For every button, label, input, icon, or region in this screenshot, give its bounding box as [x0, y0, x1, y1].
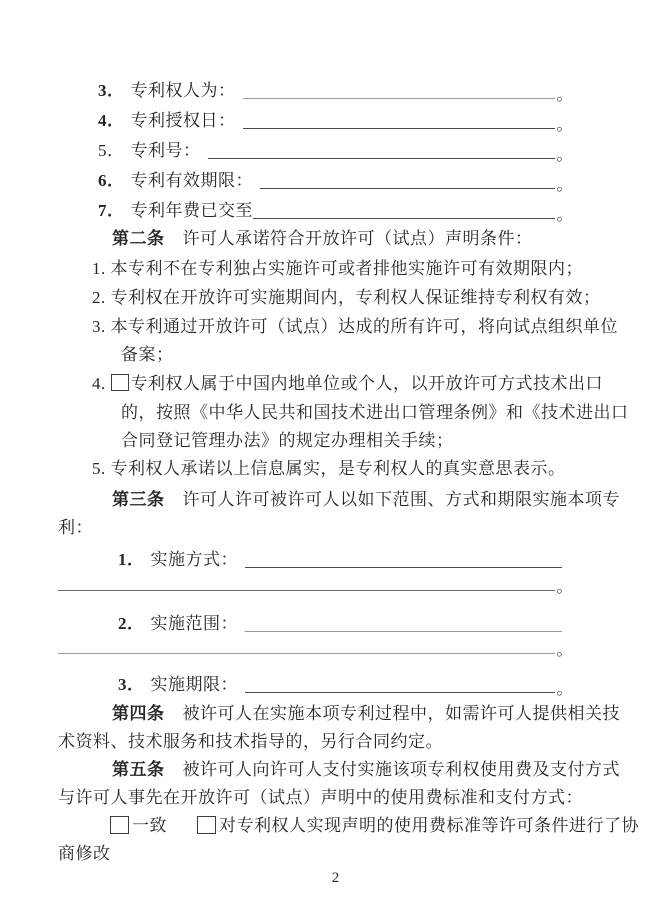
article4-text-line2: 术资料、技术服务和技术指导的，另行合同约定。	[58, 731, 443, 753]
field-row-validity-term: 6．专利有效期限：。	[98, 167, 573, 191]
item-number: 3．	[118, 675, 145, 695]
fee-modified-label-line2: 商修改	[58, 843, 111, 865]
item-number: 5．	[98, 141, 125, 161]
article2-item4-line1: 4. 专利权人属于中国内地单位或个人，以开放许可方式技术出口	[92, 373, 603, 395]
annual-fee-blank-field[interactable]	[253, 214, 555, 219]
field-label-grant-date: 专利授权日：	[131, 111, 236, 131]
article4-heading-line1: 第四条被许可人在实施本项专利过程中，如需许可人提供相关技	[112, 703, 620, 725]
implementation-term-blank-field[interactable]	[245, 688, 555, 693]
item-number: 6．	[98, 171, 125, 191]
article2-item1: 1. 本专利不在专利独占实施许可或者排他实施许可有效期限内；	[92, 258, 583, 280]
field-label-implementation-mode: 实施方式：	[151, 550, 239, 570]
implementation-mode-blank-field-2[interactable]	[58, 586, 555, 591]
item-number: 4．	[98, 111, 125, 131]
article5-heading-line1: 第五条被许可人向许可人支付实施该项专利权使用费及支付方式	[112, 759, 620, 781]
field-row-implementation-mode: 1．实施方式：	[118, 546, 563, 570]
implementation-scope-blank-line2: 。	[58, 634, 573, 656]
article2-item3-line1: 3. 本专利通过开放许可（试点）达成的所有许可，将向试点组织单位	[92, 316, 618, 338]
fullstop: 。	[556, 119, 573, 133]
item-number: 4.	[92, 374, 106, 393]
article4-number: 第四条	[112, 704, 165, 723]
field-row-implementation-term: 3．实施期限：。	[118, 671, 573, 695]
implementation-mode-blank-field[interactable]	[245, 563, 562, 568]
patent-open-license-contract-page: 3．专利权人为：。 4．专利授权日：。 5．专利号：。 6．专利有效期限：。 7…	[0, 0, 671, 900]
fullstop: 。	[556, 209, 573, 223]
fee-consistent-checkbox-icon[interactable]	[110, 816, 129, 834]
field-row-patent-number: 5．专利号：。	[98, 137, 573, 161]
fullstop: 。	[556, 581, 573, 595]
fullstop: 。	[556, 179, 573, 193]
patent-number-blank-field[interactable]	[208, 154, 556, 159]
article3-heading-line1: 第三条许可人许可被许可人以如下范围、方式和期限实施本项专	[112, 489, 620, 511]
article5-text-line1: 被许可人向许可人支付实施该项专利权使用费及支付方式	[183, 760, 621, 779]
field-row-grant-date: 4．专利授权日：。	[98, 107, 573, 131]
article2-item4-text1: 专利权人属于中国内地单位或个人，以开放许可方式技术出口	[131, 374, 604, 393]
item-number: 7．	[98, 201, 125, 221]
export-procedure-checkbox-icon[interactable]	[111, 374, 129, 391]
article3-title: 许可人许可被许可人以如下范围、方式和期限实施本项专	[183, 490, 621, 509]
field-row-implementation-scope: 2．实施范围：	[118, 610, 563, 634]
implementation-mode-blank-line2: 。	[58, 571, 573, 593]
fee-option-row: 一致对专利权人实现声明的使用费标准等许可条件进行了协	[110, 815, 639, 837]
fee-consistent-label: 一致	[132, 816, 167, 835]
validity-term-blank-field[interactable]	[260, 184, 555, 189]
article5-text-line2: 与许可人事先在开放许可（试点）声明中的使用费标准和支付方式：	[58, 787, 583, 809]
article2-item4-line3: 合同登记管理办法》的规定办理相关手续；	[121, 430, 454, 452]
article2-heading: 第二条许可人承诺符合开放许可（试点）声明条件：	[112, 228, 533, 250]
fullstop: 。	[556, 644, 573, 658]
field-label-annual-fee: 专利年费已交至	[131, 201, 254, 221]
fee-modified-checkbox-icon[interactable]	[197, 816, 216, 834]
article3-number: 第三条	[112, 490, 165, 509]
page-number: 2	[0, 870, 671, 887]
field-label-patentee: 专利权人为：	[131, 81, 236, 101]
article3-heading-line2: 利：	[58, 517, 93, 539]
article5-number: 第五条	[112, 760, 165, 779]
article2-item3-line2: 备案；	[121, 344, 174, 366]
implementation-scope-blank-field[interactable]	[245, 627, 562, 632]
article4-text-line1: 被许可人在实施本项专利过程中，如需许可人提供相关技	[183, 704, 621, 723]
fee-modified-label-line1: 对专利权人实现声明的使用费标准等许可条件进行了协	[219, 816, 639, 835]
article2-item4-line2: 的，按照《中华人民共和国技术进出口管理条例》和《技术进出口	[121, 402, 629, 424]
grant-date-blank-field[interactable]	[243, 124, 556, 129]
field-label-implementation-term: 实施期限：	[151, 675, 239, 695]
field-label-implementation-scope: 实施范围：	[151, 614, 239, 634]
fullstop: 。	[556, 149, 573, 163]
article2-item2: 2. 专利权在开放许可实施期间内，专利权人保证维持专利权有效；	[92, 287, 601, 309]
field-row-annual-fee: 7．专利年费已交至。	[98, 197, 573, 221]
field-row-patentee: 3．专利权人为：。	[98, 77, 573, 101]
field-label-patent-number: 专利号：	[131, 141, 201, 161]
article2-title: 许可人承诺符合开放许可（试点）声明条件：	[183, 229, 533, 248]
article2-number: 第二条	[112, 229, 165, 248]
item-number: 2．	[118, 614, 145, 634]
implementation-scope-blank-field-2[interactable]	[58, 649, 555, 654]
fullstop: 。	[556, 683, 573, 697]
fullstop: 。	[556, 89, 573, 103]
item-number: 1．	[118, 550, 145, 570]
patentee-blank-field[interactable]	[243, 94, 556, 99]
item-number: 3．	[98, 81, 125, 101]
article2-item5: 5. 专利权人承诺以上信息属实，是专利权人的真实意思表示。	[92, 458, 566, 480]
field-label-validity-term: 专利有效期限：	[131, 171, 254, 191]
